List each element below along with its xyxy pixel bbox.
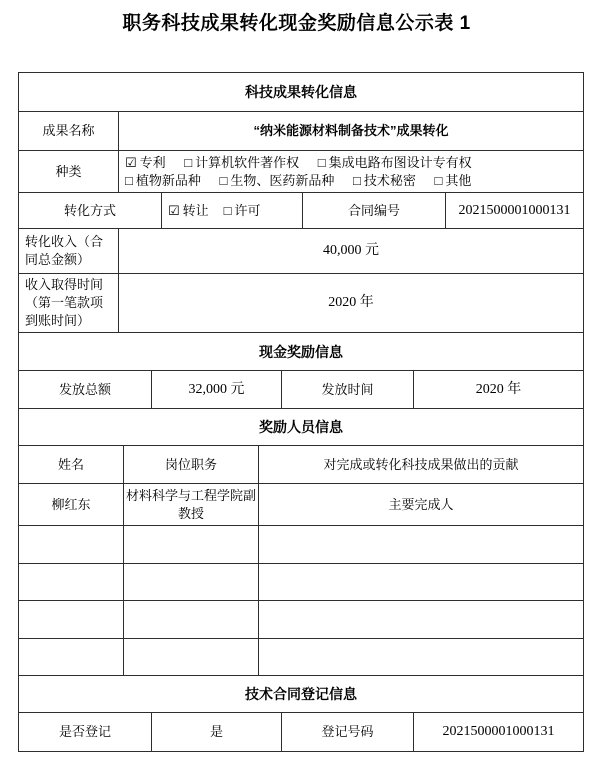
kind-option-label: 生物、医药新品种 (230, 173, 334, 188)
page-title: 职务科技成果转化现金奖励信息公示表 1 (0, 0, 593, 35)
kind-option: □生物、医药新品种 (220, 173, 335, 188)
income-time-label: 收入取得时间（第一笔款项到账时间） (19, 274, 119, 332)
reward-total-label: 发放总额 (19, 371, 152, 408)
contract-number-label: 合同编号 (303, 193, 446, 228)
personnel-row: 柳红东 材料科学与工程学院副教授 主要完成人 (19, 484, 583, 526)
checkbox-unchecked-icon: □ (125, 173, 133, 188)
personnel-contribution (259, 601, 583, 638)
reward-time-label: 发放时间 (282, 371, 414, 408)
personnel-contribution (259, 526, 583, 563)
checkbox-unchecked-icon: □ (224, 203, 232, 218)
checkbox-unchecked-icon: □ (435, 173, 443, 188)
checkbox-checked-icon: ☑ (125, 155, 137, 170)
kind-option-label: 其他 (445, 173, 471, 188)
table-row: 成果名称 “纳米能源材料制备技术”成果转化 (19, 112, 583, 151)
kind-option: □技术秘密 (353, 173, 416, 188)
personnel-header-row: 姓名 岗位职务 对完成或转化科技成果做出的贡献 (19, 446, 583, 484)
section-header-row: 现金奖励信息 (19, 333, 583, 371)
checkbox-unchecked-icon: □ (184, 155, 192, 170)
personnel-row (19, 564, 583, 601)
checkbox-checked-icon: ☑ (168, 203, 180, 218)
registered-label: 是否登记 (19, 713, 152, 751)
personnel-name (19, 601, 124, 638)
kind-option: □植物新品种 (125, 173, 201, 188)
personnel-name (19, 564, 124, 600)
section-header-row: 奖励人员信息 (19, 409, 583, 446)
kind-options-line1: ☑专利 □计算机软件著作权 □集成电路布图设计专有权 (125, 154, 472, 172)
personnel-name: 柳红东 (19, 484, 124, 525)
kind-option-label: 技术秘密 (364, 173, 416, 188)
income-value: 40,000 元 (119, 229, 583, 273)
checkbox-unchecked-icon: □ (318, 155, 326, 170)
section-personnel-header: 奖励人员信息 (19, 409, 583, 445)
reward-time-value: 2020 年 (414, 371, 583, 408)
kind-label: 种类 (19, 151, 119, 192)
personnel-name (19, 639, 124, 675)
registration-number-label: 登记号码 (282, 713, 414, 751)
personnel-position (124, 526, 259, 563)
kind-option-label: 集成电路布图设计专有权 (329, 155, 472, 170)
section-contract-header: 技术合同登记信息 (19, 676, 583, 712)
kind-option-label: 植物新品种 (136, 173, 201, 188)
personnel-col-position: 岗位职务 (124, 446, 259, 483)
personnel-col-contribution: 对完成或转化科技成果做出的贡献 (259, 446, 583, 483)
method-option-label: 许可 (235, 203, 261, 218)
kind-option: □其他 (435, 173, 472, 188)
table-row: 转化收入（合同总金额） 40,000 元 (19, 229, 583, 274)
table-row: 种类 ☑专利 □计算机软件著作权 □集成电路布图设计专有权 □植物新品种 □生物… (19, 151, 583, 193)
personnel-contribution (259, 564, 583, 600)
personnel-position (124, 601, 259, 638)
personnel-position (124, 564, 259, 600)
kind-option-label: 计算机软件著作权 (195, 155, 299, 170)
checkbox-unchecked-icon: □ (220, 173, 228, 188)
kind-options: ☑专利 □计算机软件著作权 □集成电路布图设计专有权 □植物新品种 □生物、医药… (119, 151, 583, 192)
reward-total-value: 32,000 元 (152, 371, 282, 408)
kind-option: □集成电路布图设计专有权 (318, 155, 472, 170)
personnel-position: 材料科学与工程学院副教授 (124, 484, 259, 525)
personnel-contribution: 主要完成人 (259, 484, 583, 525)
income-time-value: 2020 年 (119, 274, 583, 332)
achievement-name-label: 成果名称 (19, 112, 119, 150)
contract-number-value: 2021500001000131 (446, 193, 583, 228)
personnel-contribution (259, 639, 583, 675)
personnel-col-name: 姓名 (19, 446, 124, 483)
table-row: 转化方式 ☑转让 □许可 合同编号 2021500001000131 (19, 193, 583, 229)
achievement-name-value: “纳米能源材料制备技术”成果转化 (119, 112, 583, 150)
table-row: 是否登记 是 登记号码 2021500001000131 (19, 713, 583, 751)
registration-number-value: 2021500001000131 (414, 713, 583, 751)
kind-option: ☑专利 (125, 155, 166, 170)
section-header-row: 科技成果转化信息 (19, 73, 583, 112)
personnel-name (19, 526, 124, 563)
kind-option-label: 专利 (140, 155, 166, 170)
method-options: ☑转让 □许可 (162, 193, 303, 228)
method-label: 转化方式 (19, 193, 162, 228)
method-option-label: 转让 (183, 203, 209, 218)
kind-options-line2: □植物新品种 □生物、医药新品种 □技术秘密 □其他 (125, 172, 471, 190)
announcement-table: 科技成果转化信息 成果名称 “纳米能源材料制备技术”成果转化 种类 ☑专利 □计… (18, 72, 584, 752)
personnel-row (19, 601, 583, 639)
kind-option: □计算机软件著作权 (184, 155, 299, 170)
table-row: 收入取得时间（第一笔款项到账时间） 2020 年 (19, 274, 583, 333)
method-option: ☑转让 (168, 202, 209, 220)
checkbox-unchecked-icon: □ (353, 173, 361, 188)
registered-value: 是 (152, 713, 282, 751)
personnel-position (124, 639, 259, 675)
personnel-row (19, 639, 583, 676)
section-reward-header: 现金奖励信息 (19, 333, 583, 370)
table-row: 发放总额 32,000 元 发放时间 2020 年 (19, 371, 583, 409)
section-transform-header: 科技成果转化信息 (19, 73, 583, 111)
section-header-row: 技术合同登记信息 (19, 676, 583, 713)
personnel-row (19, 526, 583, 564)
method-option: □许可 (224, 202, 261, 220)
income-label: 转化收入（合同总金额） (19, 229, 119, 273)
